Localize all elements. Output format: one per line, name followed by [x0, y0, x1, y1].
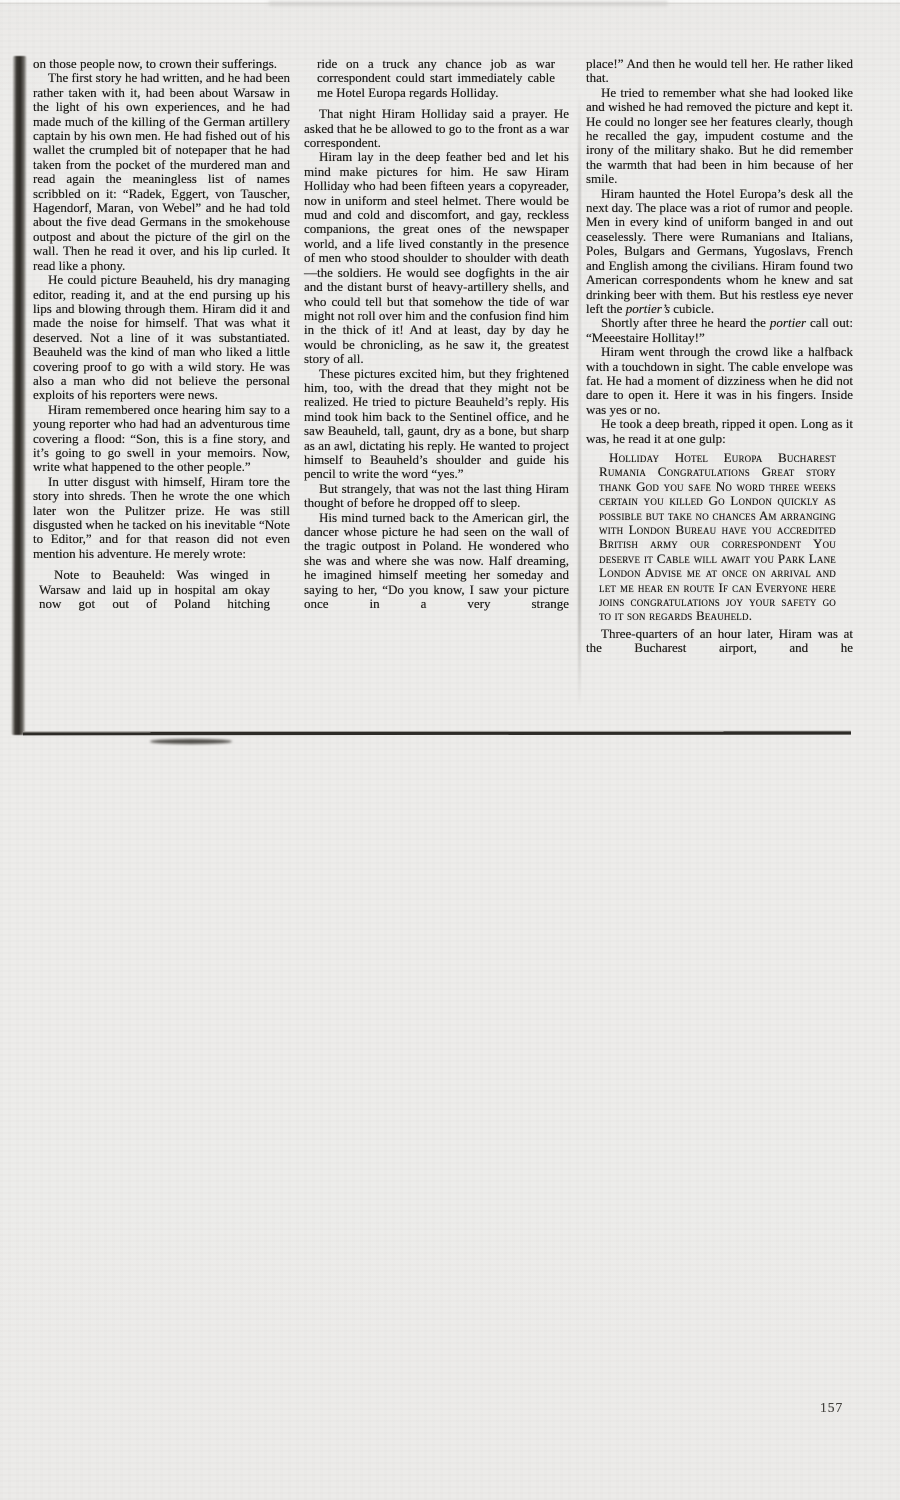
paragraph-continuation: on those people now, to crown their suff… — [33, 57, 290, 71]
paragraph-body: Shortly after three he heard the portier… — [586, 316, 853, 345]
paragraph-quote-continuation: ride on a truck any chance job as war co… — [317, 57, 555, 100]
clipping-bottom-rule — [23, 731, 851, 736]
paragraph-body-flow: His mind turned back to the American gir… — [304, 511, 569, 612]
italic-text-run: portier’s — [626, 301, 670, 316]
paragraph-body-flow: Three-quarters of an hour later, Hiram w… — [586, 627, 853, 656]
scan-left-shadow-strip — [11, 56, 26, 735]
text-run: Shortly after three he heard the — [601, 315, 770, 330]
text-column-middle: ride on a truck any chance job as war co… — [304, 57, 569, 611]
text-run: cubicle. — [670, 301, 714, 316]
text-run: Hiram haunted the Hotel Europa’s desk al… — [586, 186, 853, 316]
paragraph-body: That night Hiram Holliday said a prayer.… — [304, 107, 569, 150]
ink-smudge — [150, 739, 232, 744]
italic-text-run: portier — [770, 315, 806, 330]
book-page: on those people now, to crown their suff… — [0, 0, 900, 1500]
paragraph-body: Hiram remembered once hearing him say to… — [33, 403, 290, 475]
page-number: 157 — [820, 1400, 843, 1416]
paragraph-body: He could picture Beauheld, his dry manag… — [33, 273, 290, 403]
scan-gutter-crease — [578, 92, 581, 708]
paragraph-body: The first story he had written, and he h… — [33, 71, 290, 273]
paragraph-continuation: place!” And then he would tell her. He r… — [586, 57, 853, 86]
text-column-left: on those people now, to crown their suff… — [33, 57, 290, 611]
text-column-right: place!” And then he would tell her. He r… — [586, 57, 853, 656]
paragraph-body: He took a deep breath, ripped it open. L… — [586, 417, 853, 446]
scan-top-edge-shadow — [268, 1, 668, 6]
paragraph-body: These pictures excited him, but they fri… — [304, 367, 569, 482]
paragraph-body: In utter disgust with himself, Hiram tor… — [33, 475, 290, 561]
paragraph-telegram: Holliday Hotel Europa Bucharest Rumania … — [599, 451, 836, 624]
paragraph-body: But strangely, that was not the last thi… — [304, 482, 569, 511]
paragraph-body: Hiram lay in the deep feather bed and le… — [304, 150, 569, 366]
paragraph-body: Hiram haunted the Hotel Europa’s desk al… — [586, 187, 853, 317]
paragraph-body: Hiram went through the crowd like a half… — [586, 345, 853, 417]
paragraph-quote-flow: Note to Beauheld: Was winged in Warsaw a… — [39, 568, 270, 611]
paragraph-body: He tried to remember what she had looked… — [586, 86, 853, 187]
